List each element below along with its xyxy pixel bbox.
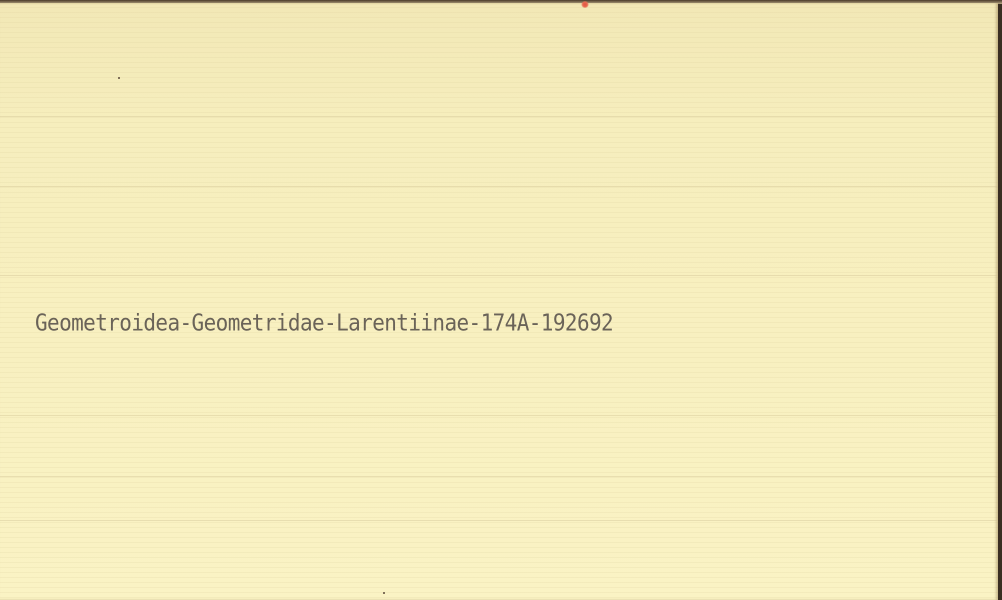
paper-speck	[383, 592, 385, 594]
index-card: Geometroidea-Geometridae-Larentiinae-174…	[0, 3, 998, 600]
ruled-line	[0, 186, 998, 187]
ruled-line	[0, 476, 998, 477]
ruled-line	[0, 415, 998, 416]
specimen-label-text: Geometroidea-Geometridae-Larentiinae-174…	[35, 310, 613, 336]
ruled-line	[0, 520, 998, 521]
ruled-line	[0, 116, 998, 117]
ruled-line	[0, 275, 998, 276]
paper-speck	[118, 77, 120, 79]
red-marker-dot	[581, 1, 589, 8]
